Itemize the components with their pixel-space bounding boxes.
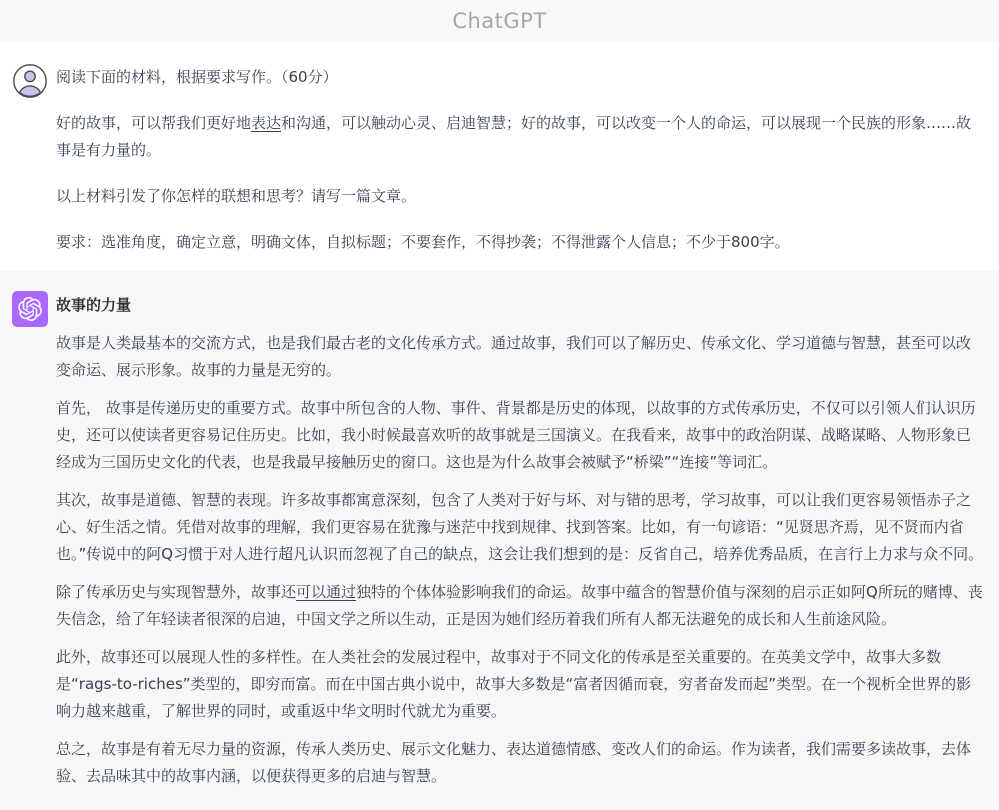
- header-bar: ChatGPT: [0, 0, 999, 42]
- material-text-pre: 好的故事，可以帮我们更好地: [56, 114, 251, 132]
- user-message-content: 阅读下面的材料，根据要求写作。（60分） 好的故事，可以帮我们更好地表达和沟通，…: [56, 63, 985, 256]
- user-question-text: 以上材料引发了你怎样的联想和思考？请写一篇文章。: [56, 187, 416, 205]
- essay-paragraph-2-text: 首先， 故事是传递历史的重要方式。故事中所包含的人物、事件、背景都是历史的体现，…: [56, 399, 976, 471]
- openai-flower-glyph: [18, 297, 42, 321]
- person-in-circle-icon: [12, 63, 48, 99]
- material-text-underlined: 表达: [251, 114, 281, 132]
- user-prompt-text: 阅读下面的材料，根据要求写作。（60分）: [56, 68, 338, 86]
- essay-paragraph-4: 除了传承历史与实现智慧外，故事还可以通过独特的个体体验影响我们的命运。故事中蕴含…: [56, 579, 985, 633]
- chatgpt-window: ChatGPT 阅读下面的材料，根据要求写作。（60分） 好的故事，可以帮我们更…: [0, 0, 999, 810]
- user-message: 阅读下面的材料，根据要求写作。（60分） 好的故事，可以帮我们更好地表达和沟通，…: [0, 42, 999, 270]
- user-requirements-line: 要求：选准角度，确定立意，明确文体，自拟标题；不要套作，不得抄袭；不得泄露个人信…: [56, 229, 985, 256]
- essay-paragraph-4-pre: 除了传承历史与实现智慧外，故事还: [56, 583, 296, 601]
- essay-paragraph-5: 此外，故事还可以展现人性的多样性。在人类社会的发展过程中，故事对于不同文化的传承…: [56, 644, 985, 725]
- essay-title-text: 故事的力量: [56, 296, 131, 314]
- essay-paragraph-3-text: 其次，故事是道德、智慧的表现。许多故事都寓意深刻，包含了人类对于好与坏、对与错的…: [56, 491, 983, 563]
- essay-paragraph-1: 故事是人类最基本的交流方式，也是我们最古老的文化传承方式。通过故事，我们可以了解…: [56, 330, 985, 384]
- essay-paragraph-4-underlined: 可以通过: [296, 583, 356, 601]
- user-requirements-text: 要求：选准角度，确定立意，明确文体，自拟标题；不要套作，不得抄袭；不得泄露个人信…: [56, 233, 790, 251]
- essay-paragraph-1-text: 故事是人类最基本的交流方式，也是我们最古老的文化传承方式。通过故事，我们可以了解…: [56, 334, 971, 379]
- openai-logo-icon: [12, 291, 48, 327]
- assistant-message-content: 故事的力量 故事是人类最基本的交流方式，也是我们最古老的文化传承方式。通过故事，…: [56, 291, 985, 790]
- user-question-line: 以上材料引发了你怎样的联想和思考？请写一篇文章。: [56, 183, 985, 210]
- essay-paragraph-2: 首先， 故事是传递历史的重要方式。故事中所包含的人物、事件、背景都是历史的体现，…: [56, 395, 985, 476]
- assistant-message: 故事的力量 故事是人类最基本的交流方式，也是我们最古老的文化传承方式。通过故事，…: [0, 270, 999, 810]
- user-avatar: [12, 63, 48, 99]
- essay-paragraph-6: 总之，故事是有着无尽力量的资源，传承人类历史、展示文化魅力、表达道德情感、变改人…: [56, 736, 985, 790]
- essay-paragraph-5-text: 此外，故事还可以展现人性的多样性。在人类社会的发展过程中，故事对于不同文化的传承…: [56, 648, 971, 720]
- essay-paragraph-3: 其次，故事是道德、智慧的表现。许多故事都寓意深刻，包含了人类对于好与坏、对与错的…: [56, 487, 985, 568]
- user-material-paragraph: 好的故事，可以帮我们更好地表达和沟通，可以触动心灵、启迪智慧；好的故事，可以改变…: [56, 110, 985, 164]
- user-prompt-line: 阅读下面的材料，根据要求写作。（60分）: [56, 64, 985, 91]
- assistant-avatar: [12, 291, 48, 327]
- page-title: ChatGPT: [452, 9, 546, 33]
- essay-paragraph-6-text: 总之，故事是有着无尽力量的资源，传承人类历史、展示文化魅力、表达道德情感、变改人…: [56, 740, 971, 785]
- essay-title: 故事的力量: [56, 292, 985, 319]
